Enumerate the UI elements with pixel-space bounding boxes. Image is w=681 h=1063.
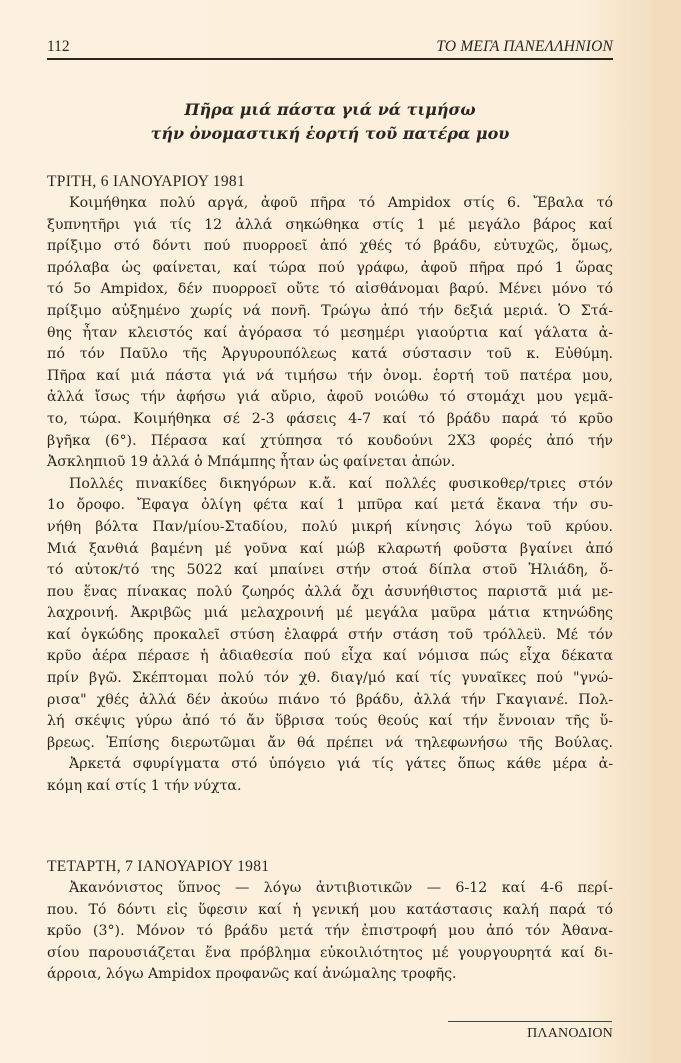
article-title-line: τήν ὀνομαστική ἑορτή τοῦ πατέρα μου bbox=[47, 122, 613, 146]
text-line: άρροια, λόγω Ampidox προφανῶς καί ἀνώμαλ… bbox=[47, 964, 613, 986]
text-line: κρῦο ἀέρα πέρασε ἡ ἀδιαθεσία πού εἶχα κα… bbox=[47, 646, 613, 668]
text-line: λή σκέψις γύρω ἀπό τό ἄν ὕβρισα τούς θεο… bbox=[47, 711, 613, 733]
footer-rule bbox=[448, 1021, 612, 1022]
footer-source: ΠΛΑΝΟΔΙΟΝ bbox=[527, 1026, 613, 1042]
text-line: σίου παρουσιάζεται ἕνα πρόβλημα εὐκοιλιό… bbox=[47, 943, 613, 965]
text-line: το, τώρα. Κοιμήθηκα σέ 2-3 φάσεις 4-7 κα… bbox=[47, 409, 613, 431]
text-line: τό αὐτοκ/τό της 5022 καί μπαίνει στήν στ… bbox=[47, 560, 613, 582]
text-line: λαχροινή. Ἀκριβῶς μιά μελαχροινή μέ μεγά… bbox=[47, 603, 613, 625]
text-line: πρόλαβα ὡς φαίνεται, καί τώρα πού γράφω,… bbox=[47, 258, 613, 280]
text-line: τό 5ο Ampidox, δέν πυορροεῖ οὔτε τό αἰσθ… bbox=[47, 279, 613, 301]
book-title: ΤΟ ΜΕΓΑ ΠΑΝΕΛΛΗΝΙΟΝ bbox=[436, 38, 613, 56]
text-line: πό τόν Παῦλο τῆς Ἀργυρουπόλεως κατά σύστ… bbox=[47, 344, 613, 366]
article-title-line: Πῆρα μιά πάστα γιά νά τιμήσω bbox=[47, 98, 613, 122]
text-line: Πῆρα καί μιά πάστα γιά νά τιμήσω τήν ὀνο… bbox=[47, 366, 613, 388]
text-line: που. Τό δόντι εἰς ὕφεσιν καί ἡ γενική μο… bbox=[47, 900, 613, 922]
page-number: 112 bbox=[47, 38, 70, 56]
text-line: 1ο ὄροφο. Ἔφαγα ὀλίγη φέτα καί 1 μπῦρα κ… bbox=[47, 495, 613, 517]
entry-date-heading: ΤΡΙΤΗ, 6 ΙΑΝΟΥΑΡΙΟΥ 1981 bbox=[47, 173, 245, 191]
text-line: Ἀρκετά σφυρίγματα στό ὑπόγειο γιά τίς γά… bbox=[47, 754, 613, 776]
text-line: ρισα" χθές ἀλλά δέν ἀκούω πιάνο τό βράδυ… bbox=[47, 690, 613, 712]
text-line: Ἀκανόνιστος ὕπνος — λόγω ἀντιβιοτικῶν — … bbox=[47, 878, 613, 900]
entry-body: Ἀκανόνιστος ὕπνος — λόγω ἀντιβιοτικῶν — … bbox=[47, 878, 613, 986]
header-rule bbox=[47, 58, 613, 60]
text-line: καί ὀγκώδης προκαλεῖ στύση ἐλαφρά στήν σ… bbox=[47, 625, 613, 647]
text-line: Μιά ξανθιά βαμένη μέ γοῦνα καί μώβ κλαρω… bbox=[47, 539, 613, 561]
text-line: βρεως. Ἐπίσης διερωτῶμαι ἄν θά πρέπει νά… bbox=[47, 733, 613, 755]
text-line: πρίξιμο στό δόντι πού πυορροεῖ ἀπό χθές … bbox=[47, 236, 613, 258]
article-title: Πῆρα μιά πάστα γιά νά τιμήσω τήν ὀνομαστ… bbox=[47, 98, 613, 146]
running-head: 112 ΤΟ ΜΕΓΑ ΠΑΝΕΛΛΗΝΙΟΝ bbox=[47, 38, 613, 58]
entry-date-heading: ΤΕΤΑΡΤΗ, 7 ΙΑΝΟΥΑΡΙΟΥ 1981 bbox=[47, 858, 269, 876]
text-line: βγῆκα (6°). Πέρασα καί χτύπησα τό κουδού… bbox=[47, 431, 613, 453]
text-line: νήθη βόλτα Παν/μίου-Σταδίου, πολύ μικρή … bbox=[47, 517, 613, 539]
text-line: Ἀσκληπιοῦ 19 ἀλλά ὁ Μπάμπης ἦταν ὡς φαίν… bbox=[47, 452, 613, 474]
text-line: Κοιμήθηκα πολύ αργά, ἀφοῦ πῆρα τό Ampido… bbox=[47, 193, 613, 215]
text-line: ἀλλά ἴσως τήν ἀφήσω γιά αὔριο, ἀφοῦ νοιώ… bbox=[47, 387, 613, 409]
text-line: θης ἦταν κλειστός καί ἀγόρασα τό μεσημέρ… bbox=[47, 323, 613, 345]
text-line: πρίξιμο αὐξημένο χωρίς νά πονῆ. Τρώγω ἀπ… bbox=[47, 301, 613, 323]
entry-body: Κοιμήθηκα πολύ αργά, ἀφοῦ πῆρα τό Ampido… bbox=[47, 193, 613, 798]
text-line: κόμη καί στίς 1 τήν νύχτα. bbox=[47, 776, 613, 798]
text-line: Πολλές πινακίδες δικηγόρων κ.ἄ. καί πολλ… bbox=[47, 474, 613, 496]
text-line: που ἕνας πίνακας πολύ ζωηρός ἀλλά ὄχι ἀσ… bbox=[47, 582, 613, 604]
page-edge-shadow bbox=[651, 0, 681, 1063]
text-line: ξυπνητῆρι γιά τίς 12 ἀλλά σηκώθηκα στίς … bbox=[47, 215, 613, 237]
text-line: πρίν βγῶ. Σκέπτομαι πολύ τόν χθ. διαγ/μό… bbox=[47, 668, 613, 690]
text-line: κρῦο (3°). Μόνον τό βράδυ μετά τήν ἐπιστ… bbox=[47, 921, 613, 943]
